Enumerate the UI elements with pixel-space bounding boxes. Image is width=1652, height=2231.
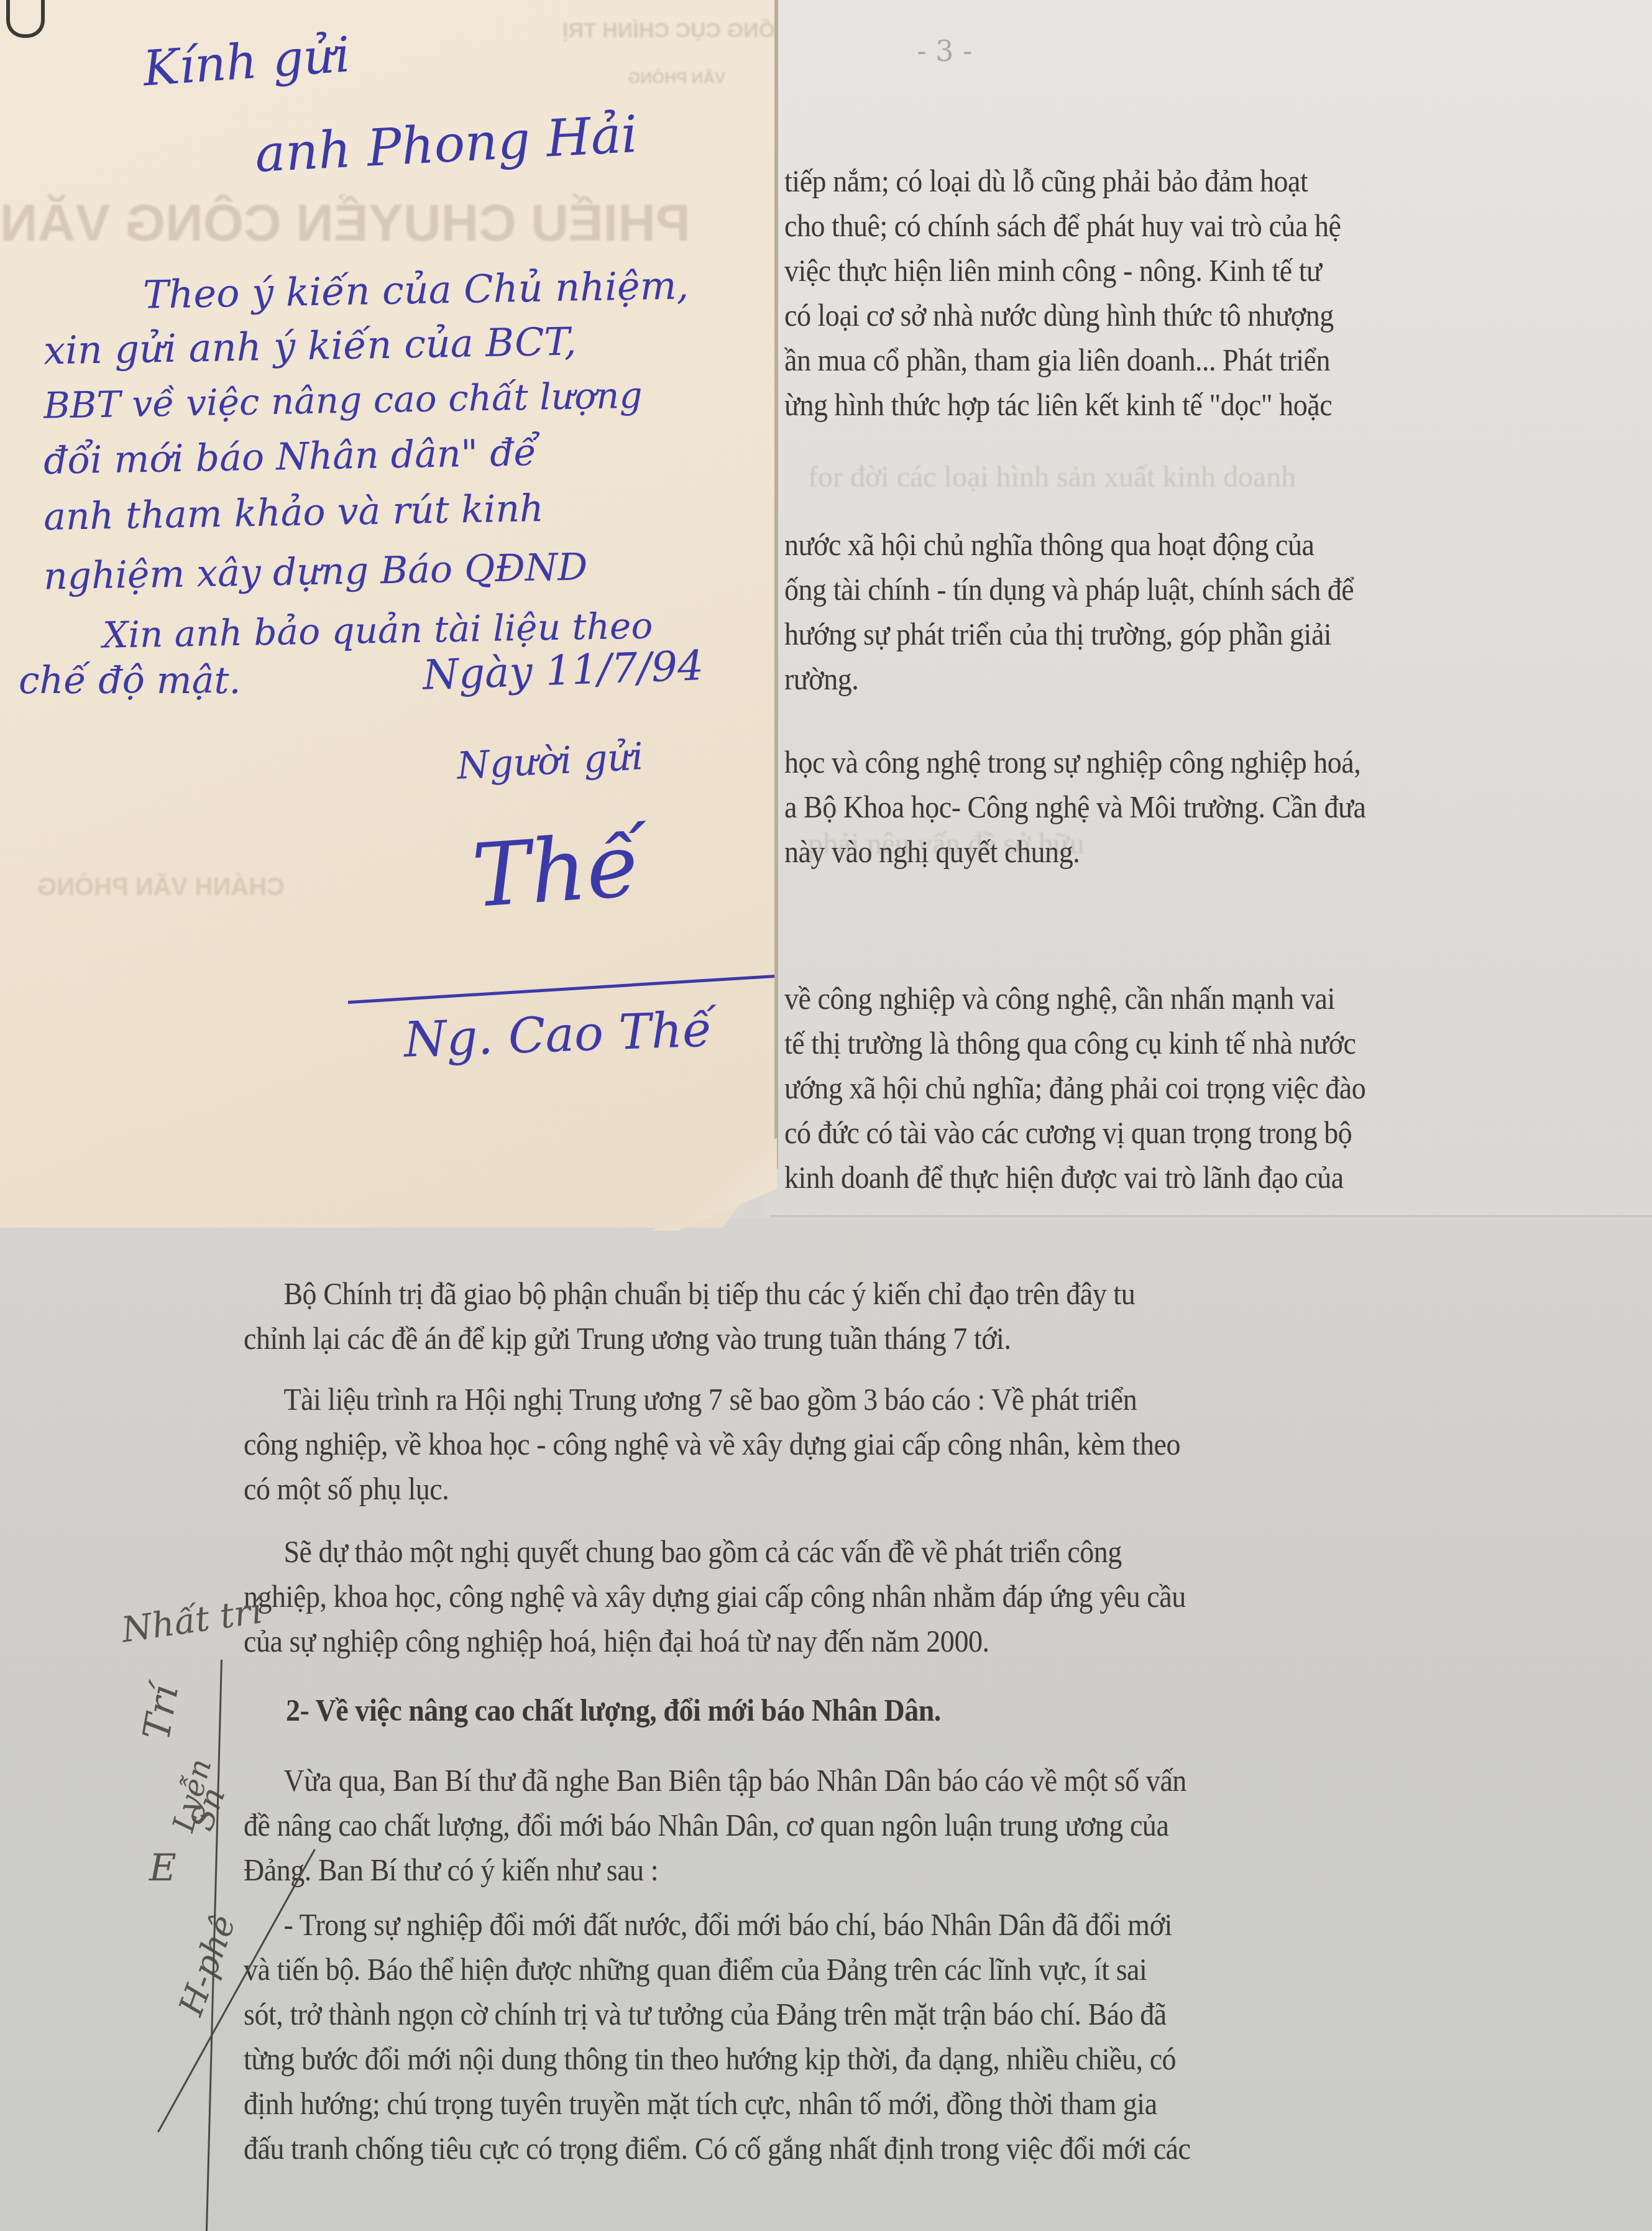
text-line: rường. <box>784 656 1354 701</box>
bleed-through-text: for đời các loại hình sản xuất kinh doan… <box>808 460 1296 494</box>
paragraph-achievements: - Trong sự nghiệp đổi mới đất nước, đổi … <box>244 1902 1191 2171</box>
paragraph-politburo: Bộ Chính trị đã giao bộ phận chuẩn bị ti… <box>244 1271 1135 1361</box>
text-line: Sẽ dự thảo một nghị quyết chung bao gồm … <box>244 1529 1186 1574</box>
text-line: có đức có tài vào các cương vị quan trọn… <box>784 1110 1365 1155</box>
text-line: định hướng; chú trọng tuyên truyền mặt t… <box>244 2081 1191 2126</box>
handwritten-line: BBT về việc nâng cao chất lượng <box>43 374 643 427</box>
form-title-faint: PHIẾU CHUYỂN CÔNG VĂN <box>0 193 691 253</box>
text-line: ướng xã hội chủ nghĩa; đảng phải coi trọ… <box>784 1065 1365 1110</box>
text-line: chỉnh lại các đề án để kịp gửi Trung ươn… <box>244 1316 1135 1361</box>
handwritten-line: đổi mới báo Nhân dân" để <box>43 431 537 483</box>
text-line: đề nâng cao chất lượng, đổi mới báo Nhân… <box>244 1803 1186 1847</box>
text-line: có một số phụ lục. <box>244 1466 1180 1511</box>
handwritten-date: Ngày 11/7/94 <box>422 642 704 699</box>
form-header-faint: TỔNG CỤC CHÍNH TRỊ <box>562 19 788 43</box>
handwritten-sender-label: Người gửi <box>456 735 644 788</box>
text-line: và tiến bộ. Báo thể hiện được những quan… <box>244 1947 1191 1992</box>
paragraph-resolution: Sẽ dự thảo một nghị quyết chung bao gồm … <box>244 1529 1186 1663</box>
paragraph-documents: Tài liệu trình ra Hội nghị Trung ương 7 … <box>244 1377 1180 1511</box>
text-line: ần mua cổ phần, tham gia liên doanh... P… <box>784 338 1341 382</box>
form-footer-faint: CHÁNH VĂN PHÒNG <box>37 873 285 901</box>
text-line: về công nghiệp và công nghệ, cần nhấn mạ… <box>784 976 1365 1021</box>
text-line: đấu tranh chống tiêu cực có trọng điểm. … <box>244 2126 1191 2171</box>
handwritten-line: nghiệm xây dựng Báo QĐND <box>43 545 587 598</box>
transmittal-slip: TỔNG CỤC CHÍNH TRỊ VĂN PHÒNG PHIẾU CHUYỂ… <box>0 0 777 1228</box>
text-line: Vừa qua, Ban Bí thư đã nghe Ban Biên tập… <box>244 1758 1186 1803</box>
text-block-science: học và công nghệ trong sự nghiệp công ng… <box>784 740 1365 874</box>
text-line: nghiệp, khoa học, công nghệ và xây dựng … <box>244 1574 1186 1619</box>
text-line: ống tài chính - tín dụng và pháp luật, c… <box>784 567 1354 612</box>
text-line: Bộ Chính trị đã giao bộ phận chuẩn bị ti… <box>244 1271 1135 1316</box>
text-line: kinh doanh để thực hiện được vai trò lãn… <box>784 1155 1365 1200</box>
text-line: ừng hình thức hợp tác liên kết kinh tế "… <box>784 382 1341 427</box>
text-line: này vào nghị quyết chung. <box>784 829 1365 874</box>
page-fold-line <box>771 1215 1652 1219</box>
margin-note: E <box>149 1846 177 1890</box>
text-line: cho thuê; có chính sách để phát huy vai … <box>784 203 1341 248</box>
text-line: nước xã hội chủ nghĩa thông qua hoạt độn… <box>784 522 1354 567</box>
text-line: Tài liệu trình ra Hội nghị Trung ương 7 … <box>244 1377 1180 1422</box>
paragraph-secretariat: Vừa qua, Ban Bí thư đã nghe Ban Biên tập… <box>244 1758 1186 1892</box>
signature: Thế <box>469 815 643 927</box>
text-line: của sự nghiệp công nghiệp hoá, hiện đại … <box>244 1619 1186 1663</box>
text-line: có loại cơ sở nhà nước dùng hình thức tô… <box>784 293 1341 338</box>
text-line: việc thực hiện liên minh công - nông. Ki… <box>784 248 1341 293</box>
handwritten-line: Theo ý kiến của Chủ nhiệm, <box>142 262 689 317</box>
form-subheader-faint: VĂN PHÒNG <box>628 68 725 88</box>
text-block-state-management: nước xã hội chủ nghĩa thông qua hoạt độn… <box>784 522 1354 701</box>
text-block-industry: về công nghiệp và công nghệ, cần nhấn mạ… <box>784 976 1365 1200</box>
text-line: a Bộ Khoa học- Công nghệ và Môi trường. … <box>784 784 1365 829</box>
handwritten-sender-name: Ng. Cao Thế <box>403 1001 714 1068</box>
page-number: - 3 - <box>917 34 973 68</box>
section-heading: 2- Về việc nâng cao chất lượng, đổi mới … <box>286 1688 941 1732</box>
text-line: từng bước đổi mới nội dung thông tin the… <box>244 2036 1191 2081</box>
handwritten-salutation: Kính gửi <box>141 27 352 97</box>
handwritten-line: anh tham khảo và rút kinh <box>43 487 544 539</box>
text-line: tế thị trường là thông qua công cụ kinh … <box>784 1021 1365 1065</box>
handwritten-line: xin gửi anh ý kiến của BCT, <box>43 319 577 374</box>
text-line: - Trong sự nghiệp đổi mới đất nước, đổi … <box>244 1902 1191 1947</box>
handwritten-line: chế độ mật. <box>19 659 241 702</box>
slip-edge-shadow <box>774 0 778 1169</box>
handwritten-recipient: anh Phong Hải <box>254 105 639 184</box>
text-block-economy: tiếp nắm; có loại dù lỗ cũng phải bảo đả… <box>784 159 1341 427</box>
text-line: hướng sự phát triển của thị trường, góp … <box>784 612 1354 656</box>
text-line: học và công nghệ trong sự nghiệp công ng… <box>784 740 1365 784</box>
text-line: công nghiệp, về khoa học - công nghệ và … <box>244 1422 1180 1466</box>
signature-underline <box>348 974 782 1004</box>
paperclip-icon <box>6 0 45 38</box>
text-line: tiếp nắm; có loại dù lỗ cũng phải bảo đả… <box>784 159 1341 203</box>
text-line: Đảng. Ban Bí thư có ý kiến như sau : <box>244 1847 1186 1892</box>
text-line: sót, trở thành ngọn cờ chính trị và tư t… <box>244 1992 1191 2036</box>
